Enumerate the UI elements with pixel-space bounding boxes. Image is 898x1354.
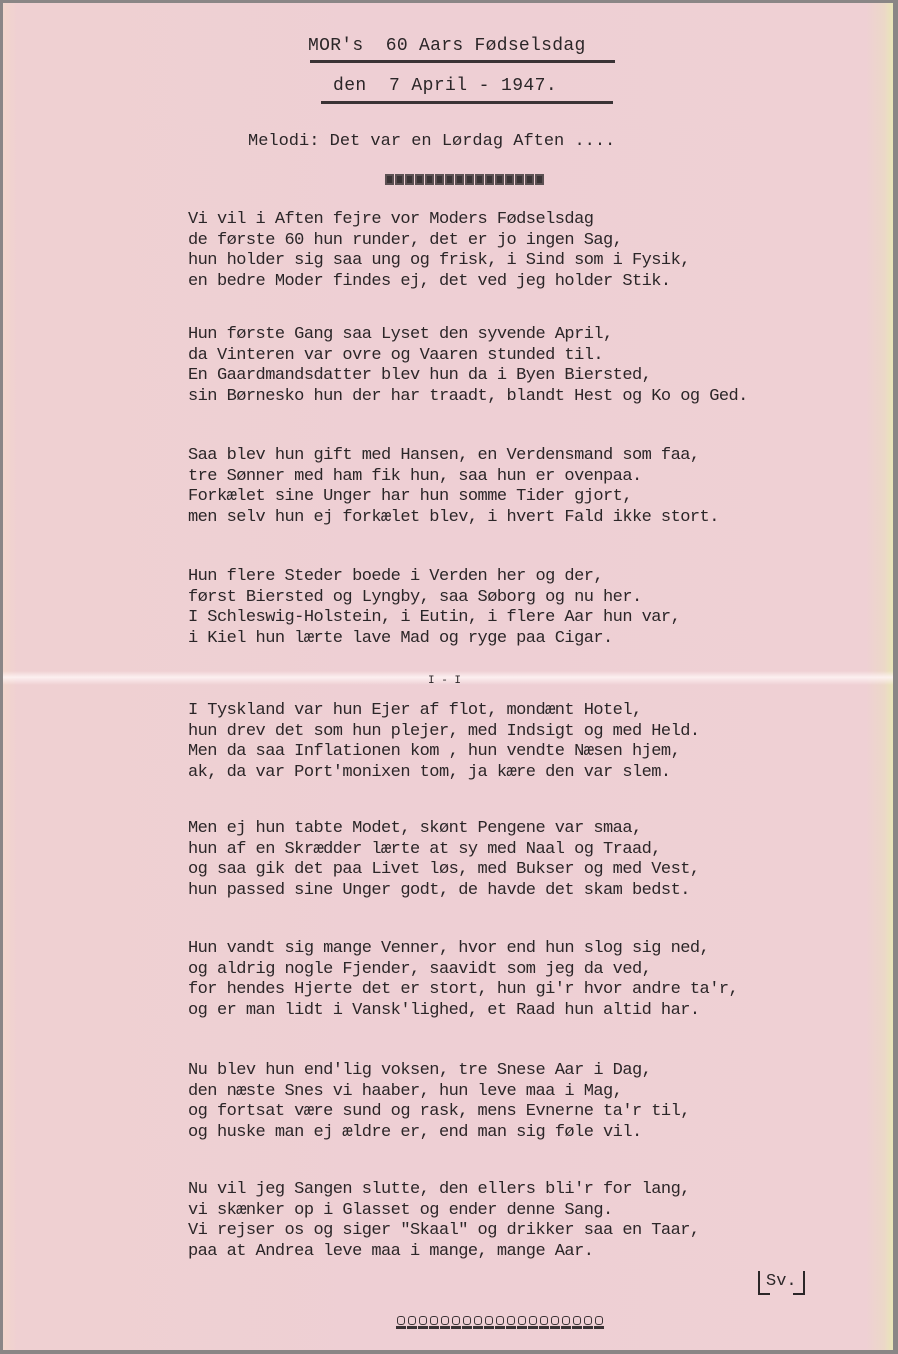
verse-line: Men da saa Inflationen kom , hun vendte … <box>188 742 700 763</box>
verse-line: en bedre Moder findes ej, det ved jeg ho… <box>188 272 690 293</box>
stanza-1: Vi vil i Aften fejre vor Moders Fødselsd… <box>188 210 690 292</box>
fold-mark: I - I <box>428 675 461 687</box>
title-underline <box>310 60 615 63</box>
stanza-4: Hun flere Steder boede i Verden her og d… <box>188 567 680 649</box>
verse-line: Vi vil i Aften fejre vor Moders Fødselsd… <box>188 210 690 231</box>
verse-line: Nu vil jeg Sangen slutte, den ellers bli… <box>188 1180 700 1201</box>
verse-line: I Schleswig-Holstein, i Eutin, i flere A… <box>188 608 680 629</box>
verse-line: vi skænker op i Glasset og ender denne S… <box>188 1201 700 1222</box>
author-signature: Sv. <box>758 1271 805 1295</box>
verse-line: den næste Snes vi haaber, hun leve maa i… <box>188 1082 690 1103</box>
stanza-9: Nu vil jeg Sangen slutte, den ellers bli… <box>188 1180 700 1262</box>
verse-line: Hun vandt sig mange Venner, hvor end hun… <box>188 939 738 960</box>
verse-line: Men ej hun tabte Modet, skønt Pengene va… <box>188 819 700 840</box>
verse-line: først Biersted og Lyngby, saa Søborg og … <box>188 588 680 609</box>
stanza-7: Hun vandt sig mange Venner, hvor end hun… <box>188 939 738 1021</box>
document-date: den 7 April - 1947. <box>333 76 557 96</box>
verse-line: og fortsat være sund og rask, mens Evner… <box>188 1102 690 1123</box>
verse-line: tre Sønner med ham fik hun, saa hun er o… <box>188 467 719 488</box>
stanza-6: Men ej hun tabte Modet, skønt Pengene va… <box>188 819 700 901</box>
footer-ornament-divider <box>396 1315 604 1329</box>
verse-line: da Vinteren var ovre og Vaaren stunded t… <box>188 346 748 367</box>
document-title: MOR's 60 Aars Fødselsdag <box>308 36 586 56</box>
stanza-3: Saa blev hun gift med Hansen, en Verdens… <box>188 446 719 528</box>
verse-line: Hun flere Steder boede i Verden her og d… <box>188 567 680 588</box>
stanza-8: Nu blev hun end'lig voksen, tre Snese Aa… <box>188 1061 690 1143</box>
stanza-2: Hun første Gang saa Lyset den syvende Ap… <box>188 325 748 407</box>
verse-line: hun af en Skrædder lærte at sy med Naal … <box>188 840 700 861</box>
verse-line: En Gaardmandsdatter blev hun da i Byen B… <box>188 366 748 387</box>
verse-line: og aldrig nogle Fjender, saavidt som jeg… <box>188 960 738 981</box>
verse-line: Saa blev hun gift med Hansen, en Verdens… <box>188 446 719 467</box>
verse-line: sin Børnesko hun der har traadt, blandt … <box>188 387 748 408</box>
melody-line: Melodi: Det var en Lørdag Aften .... <box>248 132 615 151</box>
verse-line: og huske man ej ældre er, end man sig fø… <box>188 1123 690 1144</box>
verse-line: i Kiel hun lærte lave Mad og ryge paa Ci… <box>188 629 680 650</box>
verse-line: Vi rejser os og siger "Skaal" og drikker… <box>188 1221 700 1242</box>
verse-line: hun holder sig saa ung og frisk, i Sind … <box>188 251 690 272</box>
verse-line: Forkælet sine Unger har hun somme Tider … <box>188 487 719 508</box>
verse-line: men selv hun ej forkælet blev, i hvert F… <box>188 508 719 529</box>
verse-line: Nu blev hun end'lig voksen, tre Snese Aa… <box>188 1061 690 1082</box>
verse-line: og saa gik det paa Livet løs, med Bukser… <box>188 860 700 881</box>
typewritten-page: MOR's 60 Aars Fødselsdag den 7 April - 1… <box>3 3 893 1350</box>
date-underline <box>321 101 613 104</box>
verse-line: Hun første Gang saa Lyset den syvende Ap… <box>188 325 748 346</box>
verse-line: I Tyskland var hun Ejer af flot, mondænt… <box>188 701 700 722</box>
verse-line: paa at Andrea leve maa i mange, mange Aa… <box>188 1242 700 1263</box>
verse-line: hun drev det som hun plejer, med Indsigt… <box>188 722 700 743</box>
verse-line: og er man lidt i Vansk'lighed, et Raad h… <box>188 1001 738 1022</box>
verse-line: de første 60 hun runder, det er jo ingen… <box>188 231 690 252</box>
verse-line: ak, da var Port'monixen tom, ja kære den… <box>188 763 700 784</box>
stanza-5: I Tyskland var hun Ejer af flot, mondænt… <box>188 701 700 783</box>
header-ornament-divider <box>385 174 544 185</box>
verse-line: hun passed sine Unger godt, de havde det… <box>188 881 700 902</box>
verse-line: for hendes Hjerte det er stort, hun gi'r… <box>188 980 738 1001</box>
